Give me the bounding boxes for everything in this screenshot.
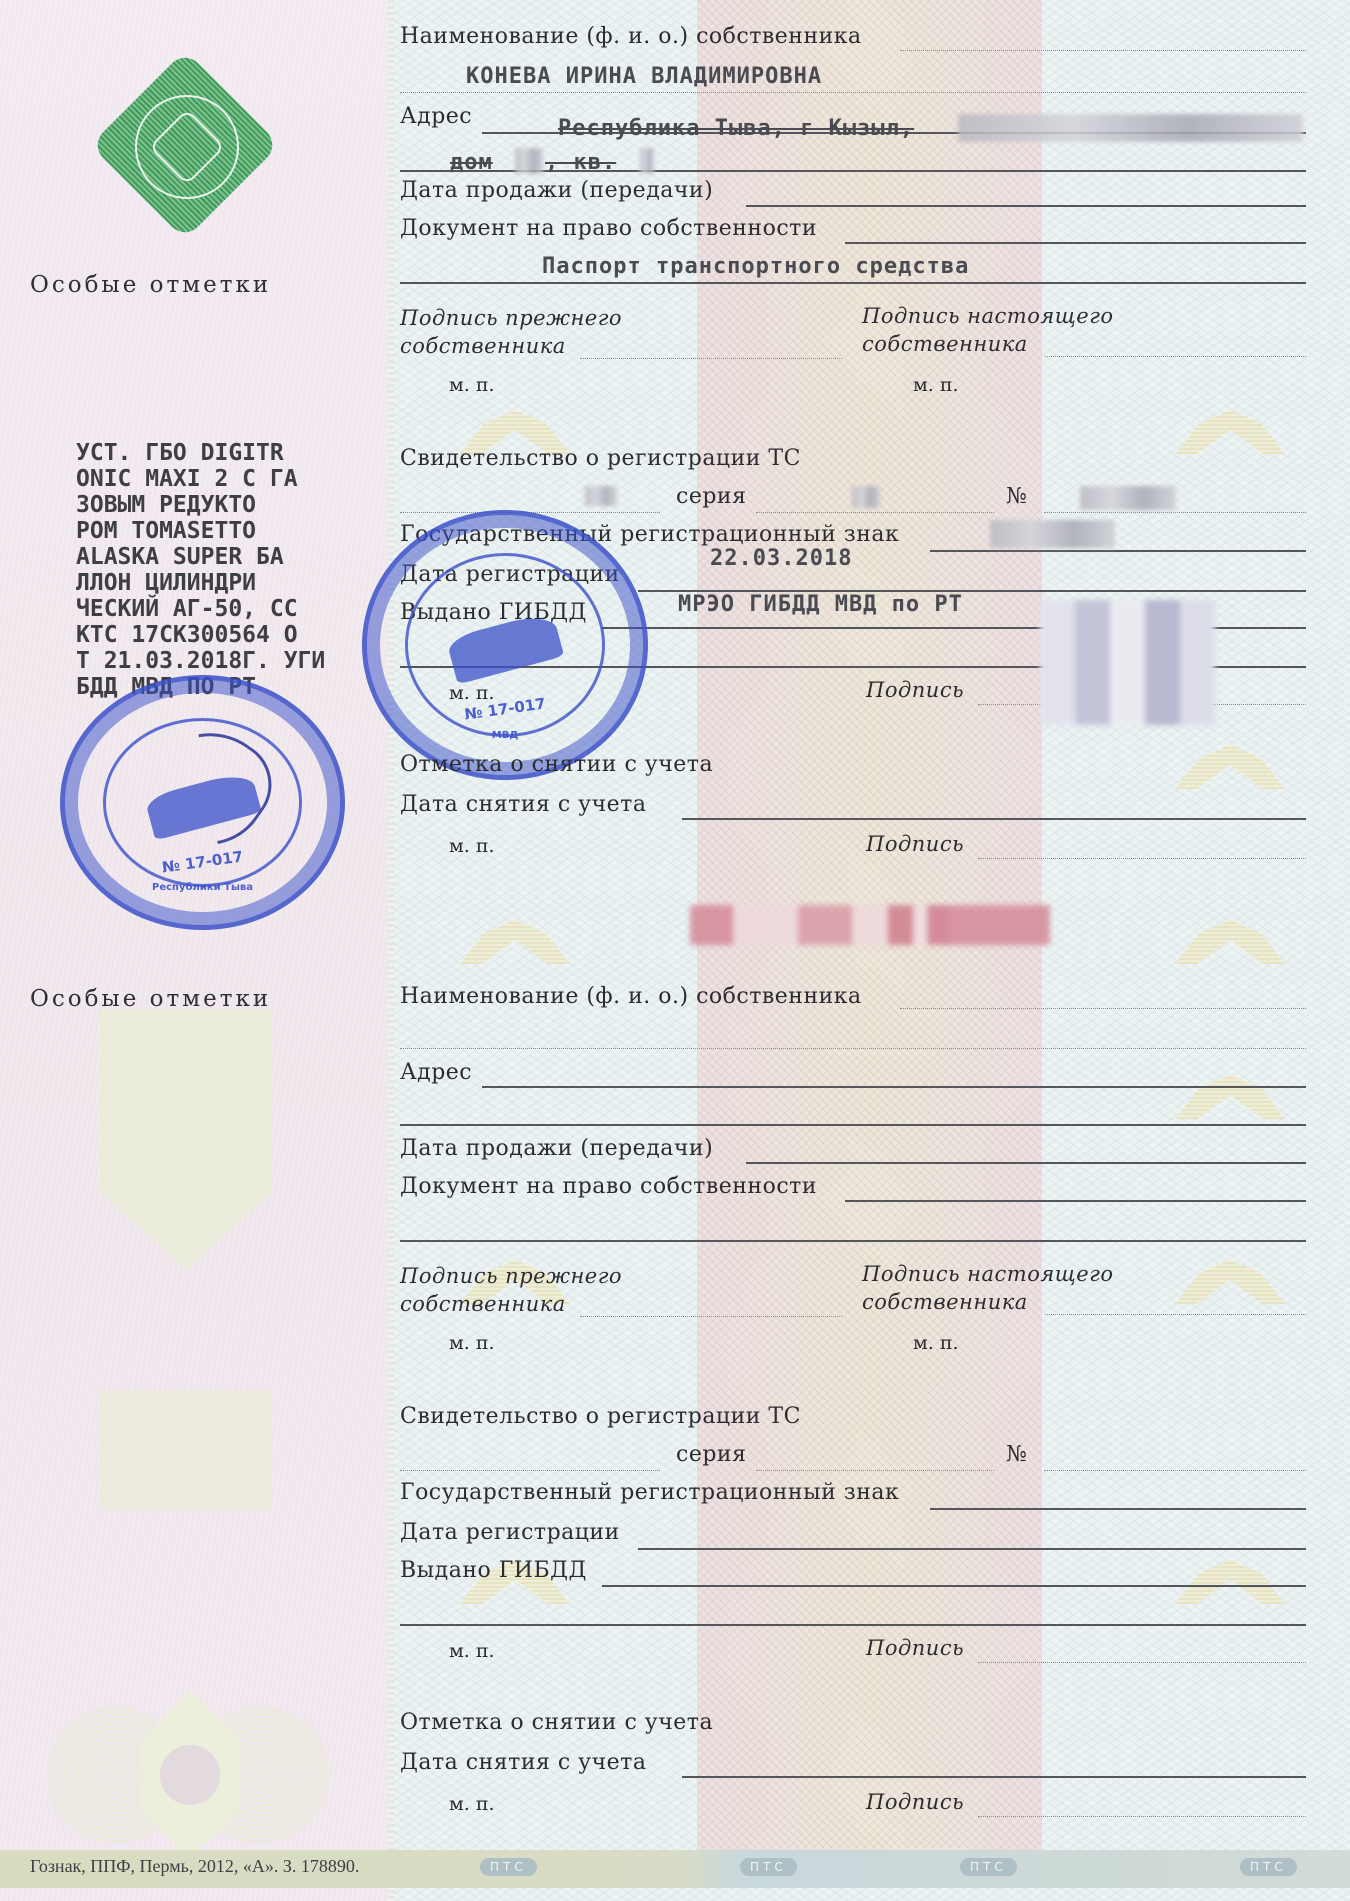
address-label-2: Адрес [400,1060,472,1085]
redacted-cert-prefix [585,486,617,506]
field-line [845,242,1306,244]
pts-band-mark: ПТС [480,1858,537,1876]
seal-place-dereg-2: м. п. [449,1793,495,1815]
issued-by-field-2[interactable] [602,1585,1306,1587]
dereg-date-field-2[interactable] [682,1776,1306,1778]
field-line [400,1048,1306,1049]
field-line [400,282,1306,284]
guilloche-emblem-icon [45,1690,330,1860]
redacted-series [852,486,880,508]
special-marks-note: УСТ. ГБО DIGITR ONIC MAXI 2 С ГА ЗОВЫМ Р… [76,440,325,700]
address-field-2[interactable] [482,1086,1306,1088]
pts-band-mark: ПТС [960,1858,1017,1876]
redacted-street [958,114,1303,142]
field-line [400,1240,1306,1242]
curr-owner-sig-label: Подпись настоящего [862,304,1113,328]
number-label-2: № [1006,1442,1027,1467]
reg-date-field-2[interactable] [638,1548,1306,1550]
registration-stamp-center: № 17-017 МВД [362,510,648,780]
dereg-signature-label: Подпись [866,832,964,856]
dereg-date-field[interactable] [682,818,1306,820]
prev-owner-signature-field[interactable] [580,358,842,359]
prev-owner-sig-label: Подпись прежнего [400,306,622,330]
printer-imprint: Гознак, ППФ, Пермь, 2012, «А». З. 178890… [30,1856,359,1877]
prev-owner-sig-label-b2-2: собственника [400,1292,566,1316]
redacted-serial-number [690,905,1050,945]
ownership-doc-label: Документ на право собственности [400,216,817,241]
field-line [400,1470,660,1471]
special-marks-heading: Особые отметки [30,272,271,298]
plate-field-2[interactable] [930,1508,1306,1510]
dereg-heading-2: Отметка о снятии с учета [400,1710,713,1735]
seal-place-left: м. п. [449,374,495,396]
number-field[interactable] [1044,512,1306,513]
pts-band-mark: ПТС [740,1858,797,1876]
curr-owner-sig-label-b2-2: собственника [862,1290,1028,1314]
reg-cert-label: Свидетельство о регистрации ТС [400,446,801,471]
seal-place-right-2: м. п. [913,1332,959,1354]
inspector-signature-field-2[interactable] [978,1662,1306,1663]
ownership-doc-field-2[interactable] [845,1200,1306,1202]
reg-cert-label-2: Свидетельство о регистрации ТС [400,1404,801,1429]
number-label: № [1006,484,1027,509]
seal-place-dereg: м. п. [449,835,495,857]
owner-name-label: Наименование (ф. и. о.) собственника [400,24,862,49]
sale-date-label: Дата продажи (передачи) [400,178,713,203]
series-field[interactable] [756,512,994,513]
prev-owner-sig-label-b2: Подпись прежнего [400,1264,622,1288]
reg-date-label-2: Дата регистрации [400,1520,620,1545]
redacted-apartment [640,148,654,174]
curr-owner-signature-field-2[interactable] [1045,1314,1306,1315]
seal-place-reg-2: м. п. [449,1640,495,1662]
sale-date-label-2: Дата продажи (передачи) [400,1136,713,1161]
field-line [400,1124,1306,1126]
panel-divider [388,0,394,1901]
signature-label: Подпись [866,678,964,702]
plate-label-2: Государственный регистрационный знак [400,1480,899,1505]
special-marks-heading-2: Особые отметки [30,986,271,1012]
address-value-apt: , кв. [545,150,616,175]
curr-owner-sig-label-2: собственника [862,332,1028,356]
ownership-doc-value: Паспорт транспортного средства [542,254,969,279]
dereg-date-label-2: Дата снятия с учета [400,1750,646,1775]
redacted-inspector-signature [1040,600,1215,725]
field-line [400,1624,1306,1626]
issued-by-label-2: Выдано ГИБДД [400,1558,587,1583]
redacted-plate [990,520,1115,548]
redacted-house [515,148,543,174]
prev-owner-sig-label-2: собственника [400,334,566,358]
sale-date-field[interactable] [746,205,1306,207]
signature-label-2: Подпись [866,1636,964,1660]
series-field-2[interactable] [756,1470,994,1471]
field-line [900,50,1306,51]
curr-owner-signature-field[interactable] [1045,356,1306,357]
dereg-heading: Отметка о снятии с учета [400,752,713,777]
ownership-doc-label-2: Документ на право собственности [400,1174,817,1199]
dereg-signature-field-2[interactable] [978,1816,1306,1817]
dereg-signature-label-2: Подпись [866,1790,964,1814]
number-field-2[interactable] [1044,1470,1306,1471]
seal-place-left-2: м. п. [449,1332,495,1354]
series-label-2: серия [676,1442,746,1467]
series-label: серия [676,484,746,509]
field-line [400,92,1306,93]
owner-name-field-2[interactable] [900,1008,1306,1009]
owner-name-label-2: Наименование (ф. и. о.) собственника [400,984,862,1009]
seal-place-right: м. п. [913,374,959,396]
redacted-cert-number [1080,486,1176,510]
issued-by-value: МРЭО ГИБДД МВД по РТ [678,592,963,617]
reg-date-value: 22.03.2018 [710,546,852,571]
owner-name-value: КОНЕВА ИРИНА ВЛАДИМИРОВНА [466,64,822,89]
dereg-signature-field[interactable] [978,858,1306,859]
security-ribbon-lower [100,1390,272,1510]
address-label: Адрес [400,104,472,129]
curr-owner-sig-label-b2: Подпись настоящего [862,1262,1113,1286]
plate-field[interactable] [930,550,1306,552]
address-value-line2: дом [450,150,493,175]
prev-owner-signature-field-2[interactable] [580,1316,842,1317]
pts-band-mark: ПТС [1240,1858,1297,1876]
address-value: Республика Тыва, г Кызыл, [558,116,914,141]
dereg-date-label: Дата снятия с учета [400,792,646,817]
sale-date-field-2[interactable] [746,1162,1306,1164]
